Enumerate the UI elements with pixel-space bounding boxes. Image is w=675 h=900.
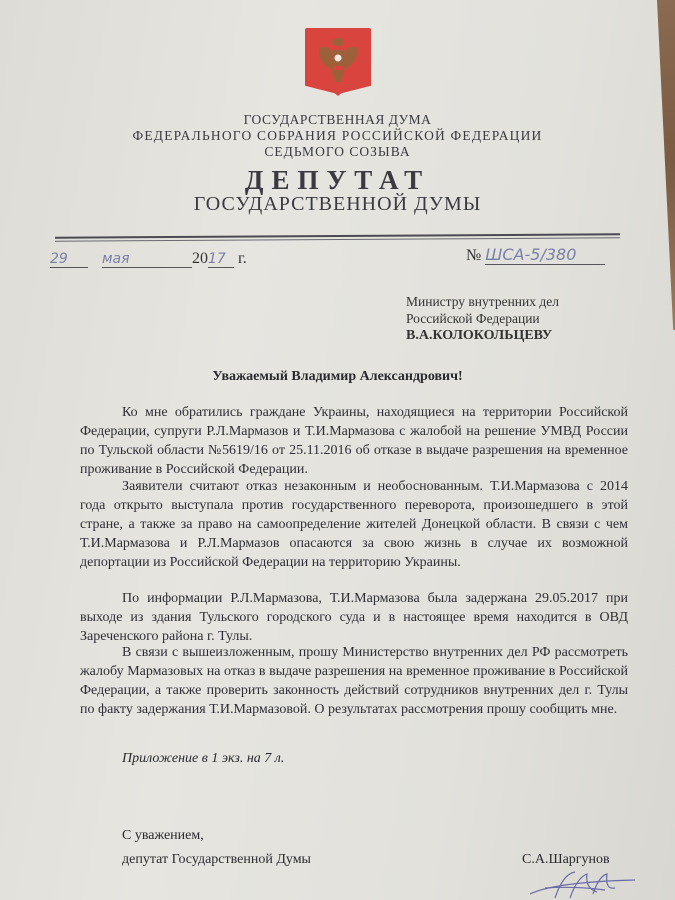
date-day: 29 (50, 251, 88, 268)
greeting: Уважаемый Владимир Александрович! (0, 369, 675, 385)
letterhead-subtitle: ГОСУДАРСТВЕННОЙ ДУМЫ (0, 193, 675, 216)
body-paragraph: По информации Р.Л.Мармазова, Т.И.Мармазо… (80, 589, 628, 646)
coat-of-arms-icon (305, 28, 371, 96)
signer-role: депутат Государственной Думы (122, 852, 311, 868)
addressee-block: Министру внутренних дел Российской Федер… (406, 293, 559, 344)
date-line: 29 мая2017 г. (50, 250, 247, 268)
letterhead-line-1: ГОСУДАРСТВЕННАЯ ДУМА (0, 112, 675, 128)
addressee-line-1: Министру внутренних дел (406, 293, 559, 310)
body-paragraph: Ко мне обратились граждане Украины, нахо… (80, 403, 628, 479)
date-suffix: г. (238, 250, 247, 267)
date-year-suffix: 17 (208, 251, 234, 268)
letterhead-title: ДЕПУТАТ (0, 165, 675, 196)
addressee-line-2: Российской Федерации (406, 310, 559, 327)
body-paragraph: В связи с вышеизложенным, прошу Министер… (80, 643, 628, 719)
reference-number: № ШСА-5/380 (466, 245, 605, 265)
signature-icon (525, 868, 645, 900)
closing: С уважением, (122, 828, 204, 844)
attachment-note: Приложение в 1 экз. на 7 л. (122, 751, 284, 767)
signer-name: С.А.Шаргунов (522, 852, 610, 868)
body-paragraph: Заявители считают отказ незаконным и нео… (80, 477, 628, 572)
number-sign: № (466, 247, 481, 264)
letterhead-line-3: СЕДЬМОГО СОЗЫВА (0, 144, 675, 160)
letterhead-line-2: ФЕДЕРАЛЬНОГО СОБРАНИЯ РОССИЙСКОЙ ФЕДЕРАЦ… (0, 128, 675, 144)
date-month: мая (102, 251, 192, 268)
letter-page: ГОСУДАРСТВЕННАЯ ДУМА ФЕДЕРАЛЬНОГО СОБРАН… (0, 0, 675, 900)
date-year-prefix: 20 (192, 250, 208, 267)
reference-value: ШСА-5/380 (485, 245, 605, 265)
addressee-name: В.А.КОЛОКОЛЬЦЕВУ (406, 327, 559, 344)
